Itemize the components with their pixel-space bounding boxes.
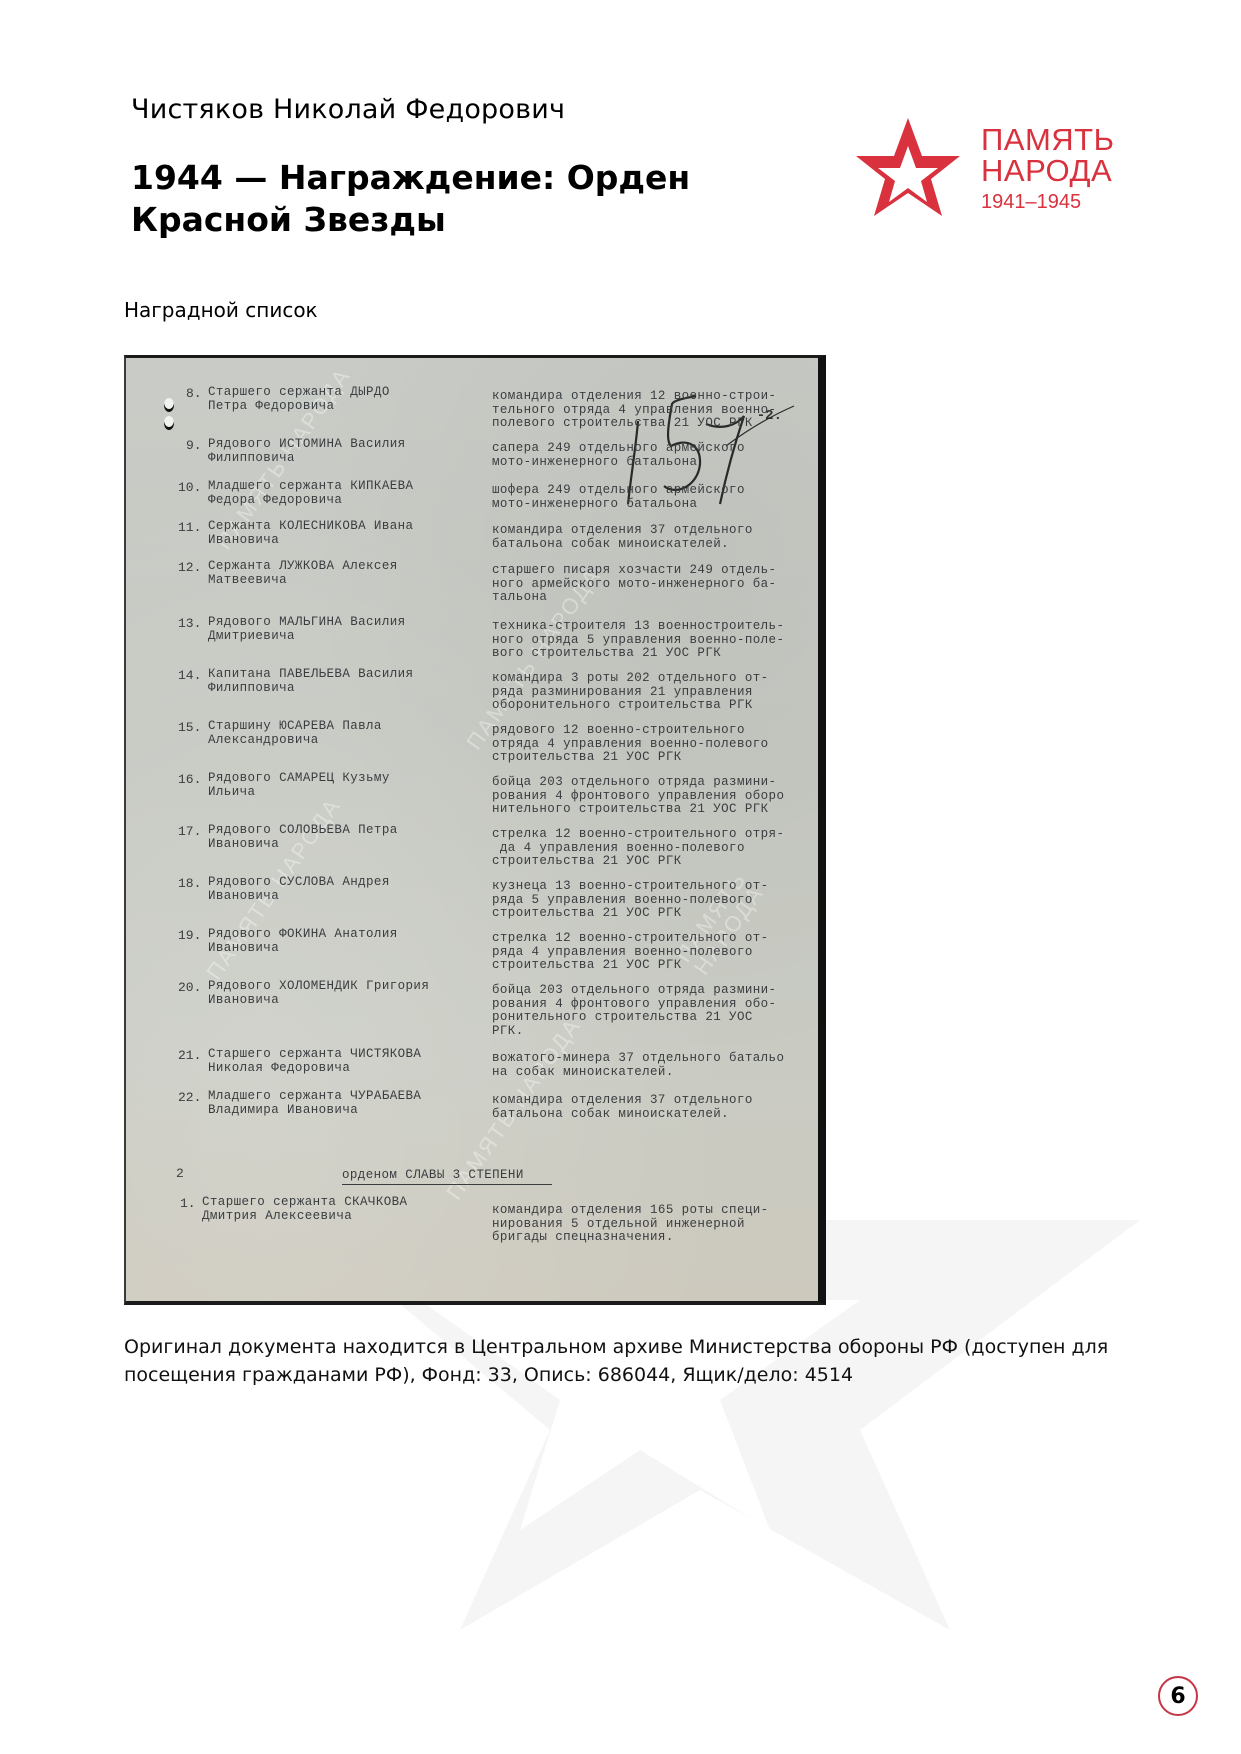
logo-line-1: ПАМЯТЬ	[981, 124, 1114, 155]
entry-position: командира отделения 37 отдельного баталь…	[492, 1094, 753, 1121]
entry-name: Рядового ХОЛОМЕНДИК Григория Ивановича	[208, 980, 429, 1007]
entry-number: 20.	[178, 980, 201, 995]
entry-name: Старшего сержанта СКАЧКОВА Дмитрия Алекс…	[202, 1196, 407, 1223]
entry-name: Сержанта ЛУЖКОВА Алексея Матвеевича	[208, 560, 398, 587]
entry-position: кузнеца 13 военно-строительного от- ряда…	[492, 880, 769, 921]
entry-number: 8.	[186, 386, 202, 401]
section-heading: орденом СЛАВЫ 3 СТЕПЕНИ	[342, 1168, 552, 1185]
logo-years: 1941–1945	[981, 188, 1114, 216]
punch-hole	[164, 416, 174, 430]
entry-position: техника-строителя 13 военностроитель- но…	[492, 620, 784, 661]
entry-name: Старшину ЮСАРЕВА Павла Александровича	[208, 720, 382, 747]
red-star-icon	[854, 116, 962, 220]
punch-hole	[164, 398, 174, 412]
entry-name: Младшего сержанта КИПКАЕВА Федора Федоро…	[208, 480, 413, 507]
entry-name: Рядового САМАРЕЦ Кузьму Ильича	[208, 772, 390, 799]
entry-name: Старшего сержанта ДЫРДО Петра Федоровича	[208, 386, 390, 413]
entry-number: 11.	[178, 520, 201, 535]
entry-number: 12.	[178, 560, 201, 575]
entry-name: Сержанта КОЛЕСНИКОВА Ивана Ивановича	[208, 520, 413, 547]
entry-number: 17.	[178, 824, 201, 839]
entry-position: сапера 249 отдельного армейского мото-ин…	[492, 442, 745, 469]
archive-caption: Оригинал документа находится в Центральн…	[124, 1333, 1124, 1389]
entry-position: командира отделения 37 отдельного баталь…	[492, 524, 753, 551]
pamyat-naroda-logo[interactable]: ПАМЯТЬ НАРОДА 1941–1945	[854, 116, 1134, 226]
entry-position: командира отделения 165 роты специ- ниро…	[492, 1204, 769, 1245]
entry-number: 9.	[186, 438, 202, 453]
page-number: 6	[1158, 1676, 1198, 1716]
entry-name: Рядового ИСТОМИНА Василия Филипповича	[208, 438, 406, 465]
entry-name: Рядового СУСЛОВА Андрея Ивановича	[208, 876, 390, 903]
entry-number: 16.	[178, 772, 201, 787]
person-name: Чистяков Николай Федорович	[131, 94, 565, 125]
entry-number: 1.	[180, 1196, 196, 1211]
entry-position: командира отделения 12 военно-строи- тел…	[492, 390, 776, 431]
entry-number: 13.	[178, 616, 201, 631]
entry-position: стрелка 12 военно-строительного отря- да…	[492, 828, 784, 869]
entry-name: Рядового ФОКИНА Анатолия Ивановича	[208, 928, 398, 955]
entry-name: Старшего сержанта ЧИСТЯКОВА Николая Федо…	[208, 1048, 421, 1075]
entry-number: 21.	[178, 1048, 201, 1063]
entry-number: 14.	[178, 668, 201, 683]
logo-line-2: НАРОДА	[981, 155, 1114, 186]
entry-name: Младшего сержанта ЧУРАБАЕВА Владимира Ив…	[208, 1090, 421, 1117]
section-number: 2	[176, 1166, 184, 1181]
page-title: 1944 — Награждение: Орден Красной Звезды	[131, 157, 751, 241]
entry-number: 15.	[178, 720, 201, 735]
entry-position: стрелка 12 военно-строительного от- ряда…	[492, 932, 769, 973]
entry-position: бойца 203 отдельного отряда размини- ров…	[492, 776, 784, 817]
entry-number: 22.	[178, 1090, 201, 1105]
entry-position: рядового 12 военно-строительного отряда …	[492, 724, 769, 765]
entry-position: шофера 249 отдельного армейского мото-ин…	[492, 484, 745, 511]
entry-number: 19.	[178, 928, 201, 943]
entry-position: бойца 203 отдельного отряда размини- ров…	[492, 984, 776, 1038]
entry-name: Капитана ПАВЕЛЬЕВА Василия Филипповича	[208, 668, 413, 695]
entry-position: командира 3 роты 202 отдельного от- ряда…	[492, 672, 769, 713]
document-label: Наградной список	[124, 298, 318, 322]
entry-name: Рядового МАЛЬГИНА Василия Дмитриевича	[208, 616, 406, 643]
entry-number: 10.	[178, 480, 201, 495]
entry-position: старшего писаря хозчасти 249 отдель- ног…	[492, 564, 776, 605]
entry-number: 18.	[178, 876, 201, 891]
entry-name: Рядового СОЛОВЬЕВА Петра Ивановича	[208, 824, 398, 851]
entry-position: вожатого-минера 37 отдельного батальо на…	[492, 1052, 784, 1079]
award-list-scan[interactable]: -2. ПАМЯТЬ НАРОДА ПАМЯТЬ НАРОДА ПАМЯТЬ Н…	[124, 355, 826, 1305]
